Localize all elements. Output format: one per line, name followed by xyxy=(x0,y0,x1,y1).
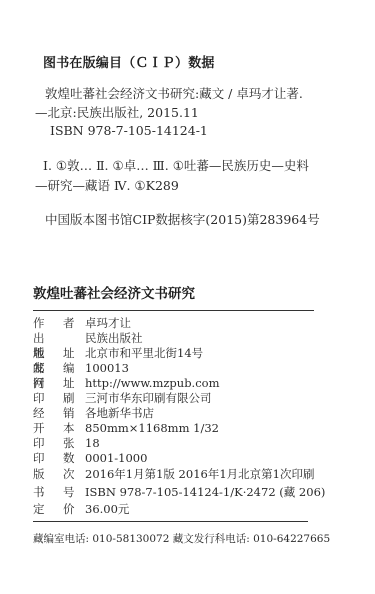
cip-classification-line-1: Ⅰ. ①敦… Ⅱ. ①卓… Ⅲ. ①吐蕃—民族历史—史料 xyxy=(43,156,309,174)
cip-classification-line-2: —研究—藏语 Ⅳ. ①K289 xyxy=(35,176,179,194)
details-divider xyxy=(33,521,308,522)
cip-isbn-line: ISBN 978-7-105-14124-1 xyxy=(50,123,208,138)
contact-phones: 藏编室电话: 010-58130072 藏文发行科电话: 010-6422766… xyxy=(33,531,330,546)
cip-heading: 图书在版编目（ＣＩＰ）数据 xyxy=(43,52,215,71)
cip-publisher-line: —北京:民族出版社, 2015.11 xyxy=(35,103,199,121)
title-divider xyxy=(33,310,314,311)
book-title: 敦煌吐蕃社会经济文书研究 xyxy=(33,282,195,302)
cip-record-number: 中国版本图书馆CIP数据核字(2015)第283964号 xyxy=(45,210,320,228)
cip-title-line: 敦煌吐蕃社会经济文书研究:藏文 / 卓玛才让著. xyxy=(45,84,303,102)
